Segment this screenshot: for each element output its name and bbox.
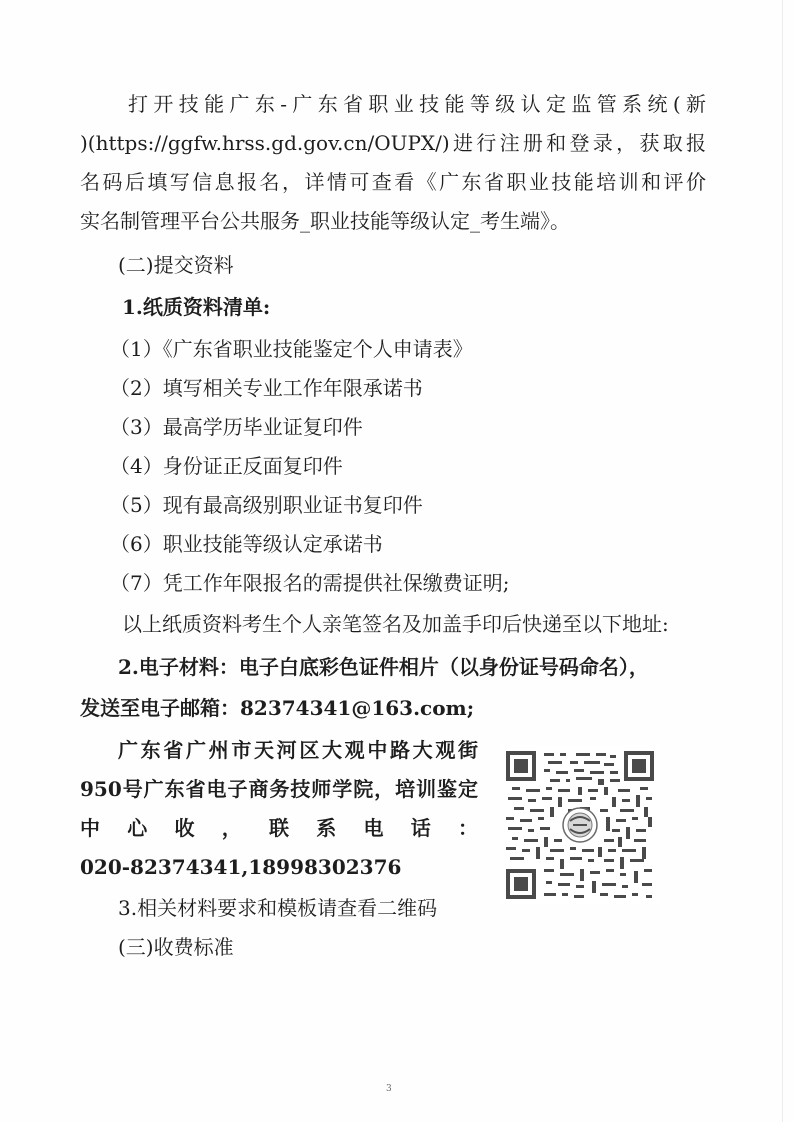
electronic-materials-line-2: 发送至电子邮箱：82374341@163.com; [80,696,474,720]
registration-line-4: 实名制管理平台公共服务_职业技能等级认定_考生端》。 [80,209,570,233]
section-heading-fee-standard: (三)收费标准 [118,935,234,959]
paper-material-item: （7）凭工作年限报名的需提供社保缴费证明; [110,571,509,595]
qr-code-icon [500,745,660,905]
paper-material-item: （1）《广东省职业技能鉴定个人申请表》 [110,337,473,361]
paper-materials-heading: 1.纸质资料清单: [122,295,270,319]
address-line-3: 中心收，联系电话： [80,816,478,840]
email-address[interactable]: 82374341@163.com; [240,696,474,720]
electronic-materials-line-1: 2.电子材料：电子白底彩色证件相片（以身份证号码命名）， [118,655,649,679]
registration-line-1: 打开技能广东-广东省职业技能等级认定监管系统(新 [128,92,706,116]
page-number: 3 [386,1084,392,1094]
paper-material-item: （3）最高学历毕业证复印件 [110,415,363,439]
address-line-2: 950号广东省电子商务技师学院，培训鉴定 [80,777,478,801]
materials-note-qr: 3.相关材料要求和模板请查看二维码 [118,896,437,920]
section-heading-submit-materials: (二)提交资料 [118,253,234,277]
registration-line-3: 名码后填写信息报名，详情可查看《广东省职业技能培训和评价 [80,170,706,194]
paper-materials-note: 以上纸质资料考生个人亲笔签名及加盖手印后快递至以下地址: [122,612,669,636]
registration-line-2: )(https://ggfw.hrss.gd.gov.cn/OUPX/)进行注册… [80,131,706,155]
email-label: 发送至电子邮箱： [80,696,240,720]
school-emblem-icon [563,808,597,842]
address-line-1: 广东省广州市天河区大观中路大观街 [118,738,478,762]
paper-material-item: （6）职业技能等级认定承诺书 [110,532,383,556]
paper-material-item: （2）填写相关专业工作年限承诺书 [110,376,423,400]
qr-code[interactable] [500,745,660,905]
paper-material-item: （4）身份证正反面复印件 [110,454,343,478]
paper-material-item: （5）现有最高级别职业证书复印件 [110,493,423,517]
document-page: 打开技能广东-广东省职业技能等级认定监管系统(新 )(https://ggfw.… [0,0,794,1122]
contact-phone: 020-82374341,18998302376 [80,855,401,879]
page-edge-divider [782,0,783,1122]
